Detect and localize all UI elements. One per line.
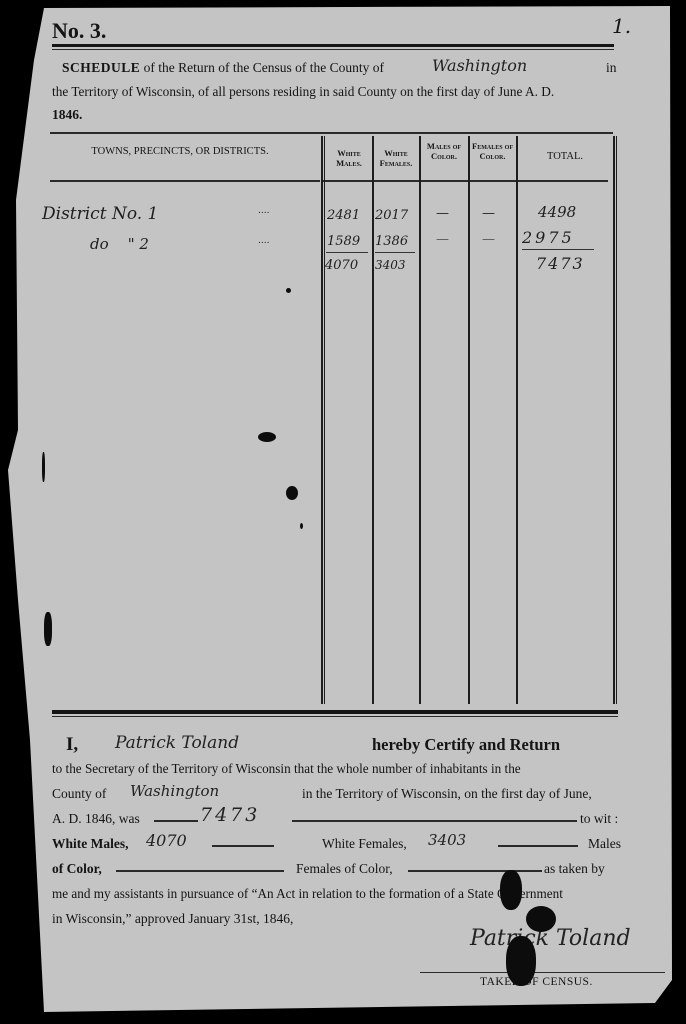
cert-white-males-label: White Males,: [52, 836, 129, 852]
header-towns: TOWNS, PRECINCTS, OR DISTRICTS.: [90, 146, 270, 158]
cert-total-handwritten: 7473: [200, 804, 260, 826]
table-bottom-rule: [52, 710, 618, 714]
ink-blot: [526, 906, 556, 932]
schedule-line-1: SCHEDULE of the Return of the Census of …: [62, 60, 384, 76]
white-females-value: 2017: [375, 208, 408, 223]
signature-title: TAKER OF CENSUS.: [480, 976, 593, 988]
sum-underline: [326, 252, 368, 253]
cert-white-females-value: 3403: [428, 831, 466, 849]
cert-white-males-value: 4070: [146, 831, 187, 850]
cert-line-3-post: in the Territory of Wisconsin, on the fi…: [302, 786, 592, 802]
header-white-males: White Males.: [326, 148, 372, 168]
cert-county-handwritten: Washington: [130, 782, 219, 800]
ink-mark: [42, 452, 45, 482]
ink-blot: [44, 612, 52, 646]
schedule-county-handwritten: Washington: [432, 56, 527, 75]
district-name: do " 2: [90, 235, 149, 253]
cert-name-handwritten: Patrick Toland: [115, 733, 239, 753]
total-value: 4498: [538, 203, 576, 221]
header-females-of-color: Females of Color.: [469, 141, 516, 161]
schedule-line-2: the Territory of Wisconsin, of all perso…: [52, 84, 554, 100]
cert-line-4-pre: A. D. 1846, was: [52, 811, 140, 827]
cert-line-2: to the Secretary of the Territory of Wis…: [52, 761, 521, 777]
ink-blot: [286, 288, 291, 293]
district-name: District No. 1: [42, 204, 158, 224]
header-males-of-color: Males of Color.: [420, 141, 468, 161]
col-divider-2: [372, 136, 374, 704]
district-leader: ....: [258, 236, 269, 246]
white-females-total: 3403: [375, 258, 406, 272]
fill-line: [292, 820, 577, 822]
white-males-value: 2481: [327, 208, 360, 223]
schedule-year: 1846.: [52, 107, 82, 123]
col-divider-1b: [324, 136, 325, 704]
col-divider-1: [321, 136, 323, 704]
header-rule: [52, 44, 614, 47]
table-header-rule-right: [322, 180, 608, 182]
fill-line: [212, 845, 274, 847]
ink-blot: [258, 432, 276, 442]
col-divider-5: [516, 136, 518, 704]
ink-blot: [300, 523, 303, 529]
table-bottom-rule-thin: [52, 716, 618, 717]
grand-total-value: 7473: [536, 254, 585, 273]
schedule-line-1-text: of the Return of the Census of the Count…: [144, 60, 384, 75]
col-divider-3: [419, 136, 421, 704]
males-of-color-value: —: [436, 206, 449, 221]
page-number: 1.: [612, 14, 631, 38]
col-divider-6b: [616, 136, 617, 704]
cert-taken-by: as taken by: [544, 861, 605, 877]
form-number: No. 3.: [52, 18, 106, 44]
schedule-lead: SCHEDULE: [62, 60, 140, 75]
cert-line-8: in Wisconsin,” approved January 31st, 18…: [52, 911, 293, 927]
census-document-page: No. 3. 1. SCHEDULE of the Return of the …: [0, 0, 686, 1024]
cert-to-wit: to wit :: [580, 811, 618, 827]
females-of-color-value: —: [482, 206, 495, 221]
signature-handwritten: Patrick Toland: [470, 926, 631, 951]
females-of-color-value: —: [482, 232, 495, 247]
fill-line: [154, 820, 198, 822]
cert-i: I,: [66, 734, 78, 756]
total-value: 2975: [522, 228, 575, 247]
cert-white-females-label: White Females,: [322, 836, 407, 852]
white-males-value: 1589: [327, 234, 360, 249]
cert-certify: hereby Certify and Return: [372, 735, 560, 755]
cert-males-label: Males: [588, 836, 621, 852]
col-divider-4: [468, 136, 470, 704]
sum-underline: [522, 249, 594, 250]
ink-blot: [286, 486, 298, 500]
cert-females-of-color-label: Females of Color,: [296, 861, 393, 877]
signature-line: [420, 972, 665, 973]
table-header-rule-left: [50, 180, 320, 182]
cert-line-7: me and my assistants in pursuance of “An…: [52, 886, 563, 902]
district-leader: ....: [258, 206, 269, 216]
ink-blot: [506, 936, 536, 986]
header-rule-thin: [52, 49, 614, 50]
table-top-rule: [50, 132, 613, 134]
males-of-color-value: —: [436, 232, 449, 247]
schedule-line-1-in: in: [606, 60, 617, 76]
fill-line: [116, 870, 284, 872]
white-males-total: 4070: [325, 258, 358, 273]
cert-of-color-label: of Color,: [52, 861, 102, 877]
col-divider-6: [613, 136, 615, 704]
fill-line: [408, 870, 542, 872]
ink-blot: [500, 870, 522, 910]
header-total: TOTAL.: [518, 151, 612, 163]
header-white-females: White Females.: [373, 148, 419, 168]
fill-line: [498, 845, 578, 847]
sum-underline: [375, 252, 415, 253]
white-females-value: 1386: [375, 234, 408, 249]
cert-line-3-pre: County of: [52, 786, 106, 802]
